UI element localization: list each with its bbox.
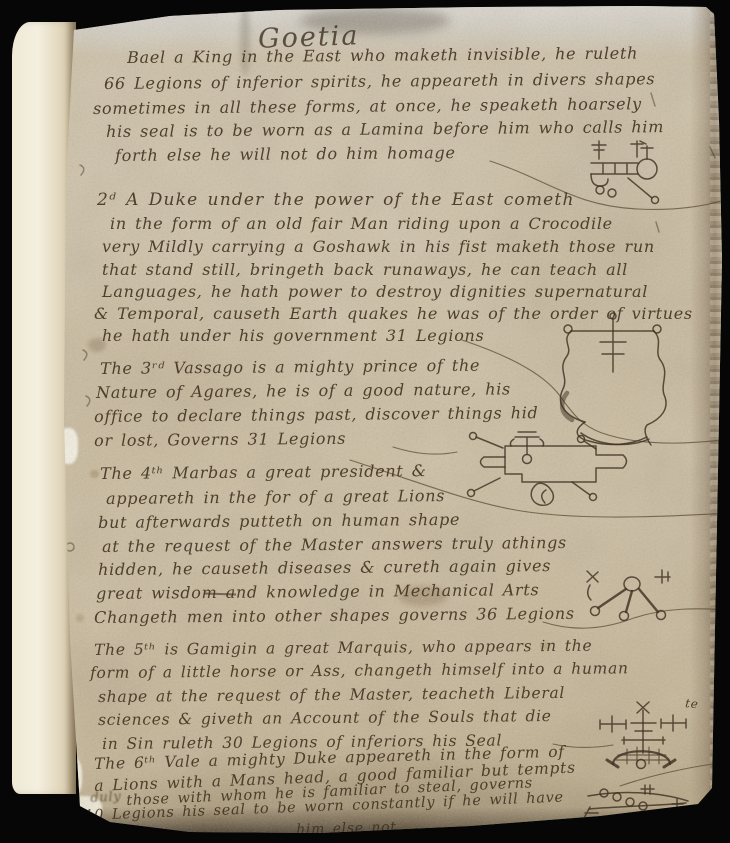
manuscript-line: very Mildly carrying a Goshawk in his fi… — [102, 237, 655, 256]
manuscript-line: sciences & giveth an Account of the Soul… — [98, 707, 552, 729]
handwritten-text-layer: Goetia Bael a King in the East who maket… — [0, 0, 730, 843]
manuscript-line: Nature of Agares, he is of a good nature… — [96, 379, 511, 402]
manuscript-line: Languages, he hath power to destroy dign… — [102, 282, 648, 301]
manuscript-line: or lost, Governs 31 Legions — [94, 429, 346, 450]
manuscript-line: appeareth in the for of a great Lions — [106, 486, 445, 508]
manuscript-line: his seal is to be worn as a Lamina befor… — [106, 117, 664, 141]
manuscript-line: him else not — [296, 819, 397, 838]
manuscript-line: Changeth men into other shapes governs 3… — [94, 604, 575, 627]
margin-note: te — [685, 696, 700, 711]
manuscript-line: forth else he will not do him homage — [115, 143, 456, 165]
manuscript-line: in the form of an old fair Man riding up… — [110, 214, 613, 233]
scanned-book-page: Goetia Bael a King in the East who maket… — [0, 0, 730, 843]
manuscript-line: hidden, he causeth diseases & cureth aga… — [98, 556, 551, 579]
manuscript-line: but afterwards putteth on human shape — [98, 510, 460, 532]
manuscript-line: form of a little horse or Ass, changeth … — [90, 659, 629, 682]
manuscript-line: & Temporal, causeth Earth quakes he was … — [94, 304, 693, 323]
manuscript-line: 2ᵈ A Duke under the power of the East co… — [97, 190, 575, 210]
manuscript-line: sometimes in all these forms, at once, h… — [93, 94, 642, 118]
manuscript-line: office to declare things past, discover … — [94, 403, 538, 426]
manuscript-line: The 4ᵗʰ Marbas a great president & — [100, 461, 427, 483]
inserted-word: duly — [90, 789, 122, 806]
manuscript-line: at the request of the Master answers tru… — [102, 533, 567, 556]
manuscript-line: 66 Legions of inferior spirits, he appea… — [104, 69, 655, 93]
manuscript-line: shape at the request of the Master, teac… — [98, 684, 565, 706]
manuscript-line: that stand still, bringeth back runaways… — [102, 260, 628, 279]
manuscript-line: he hath under his government 31 Legions — [102, 326, 484, 345]
manuscript-line: The 5ᵗʰ is Gamigin a great Marquis, who … — [94, 637, 592, 659]
manuscript-line: great wisdom and knowledge in Mechanical… — [96, 580, 539, 603]
manuscript-line: The 3ʳᵈ Vassago is a mighty prince of th… — [100, 356, 480, 378]
manuscript-line: Bael a King in the East who maketh invis… — [127, 44, 638, 67]
